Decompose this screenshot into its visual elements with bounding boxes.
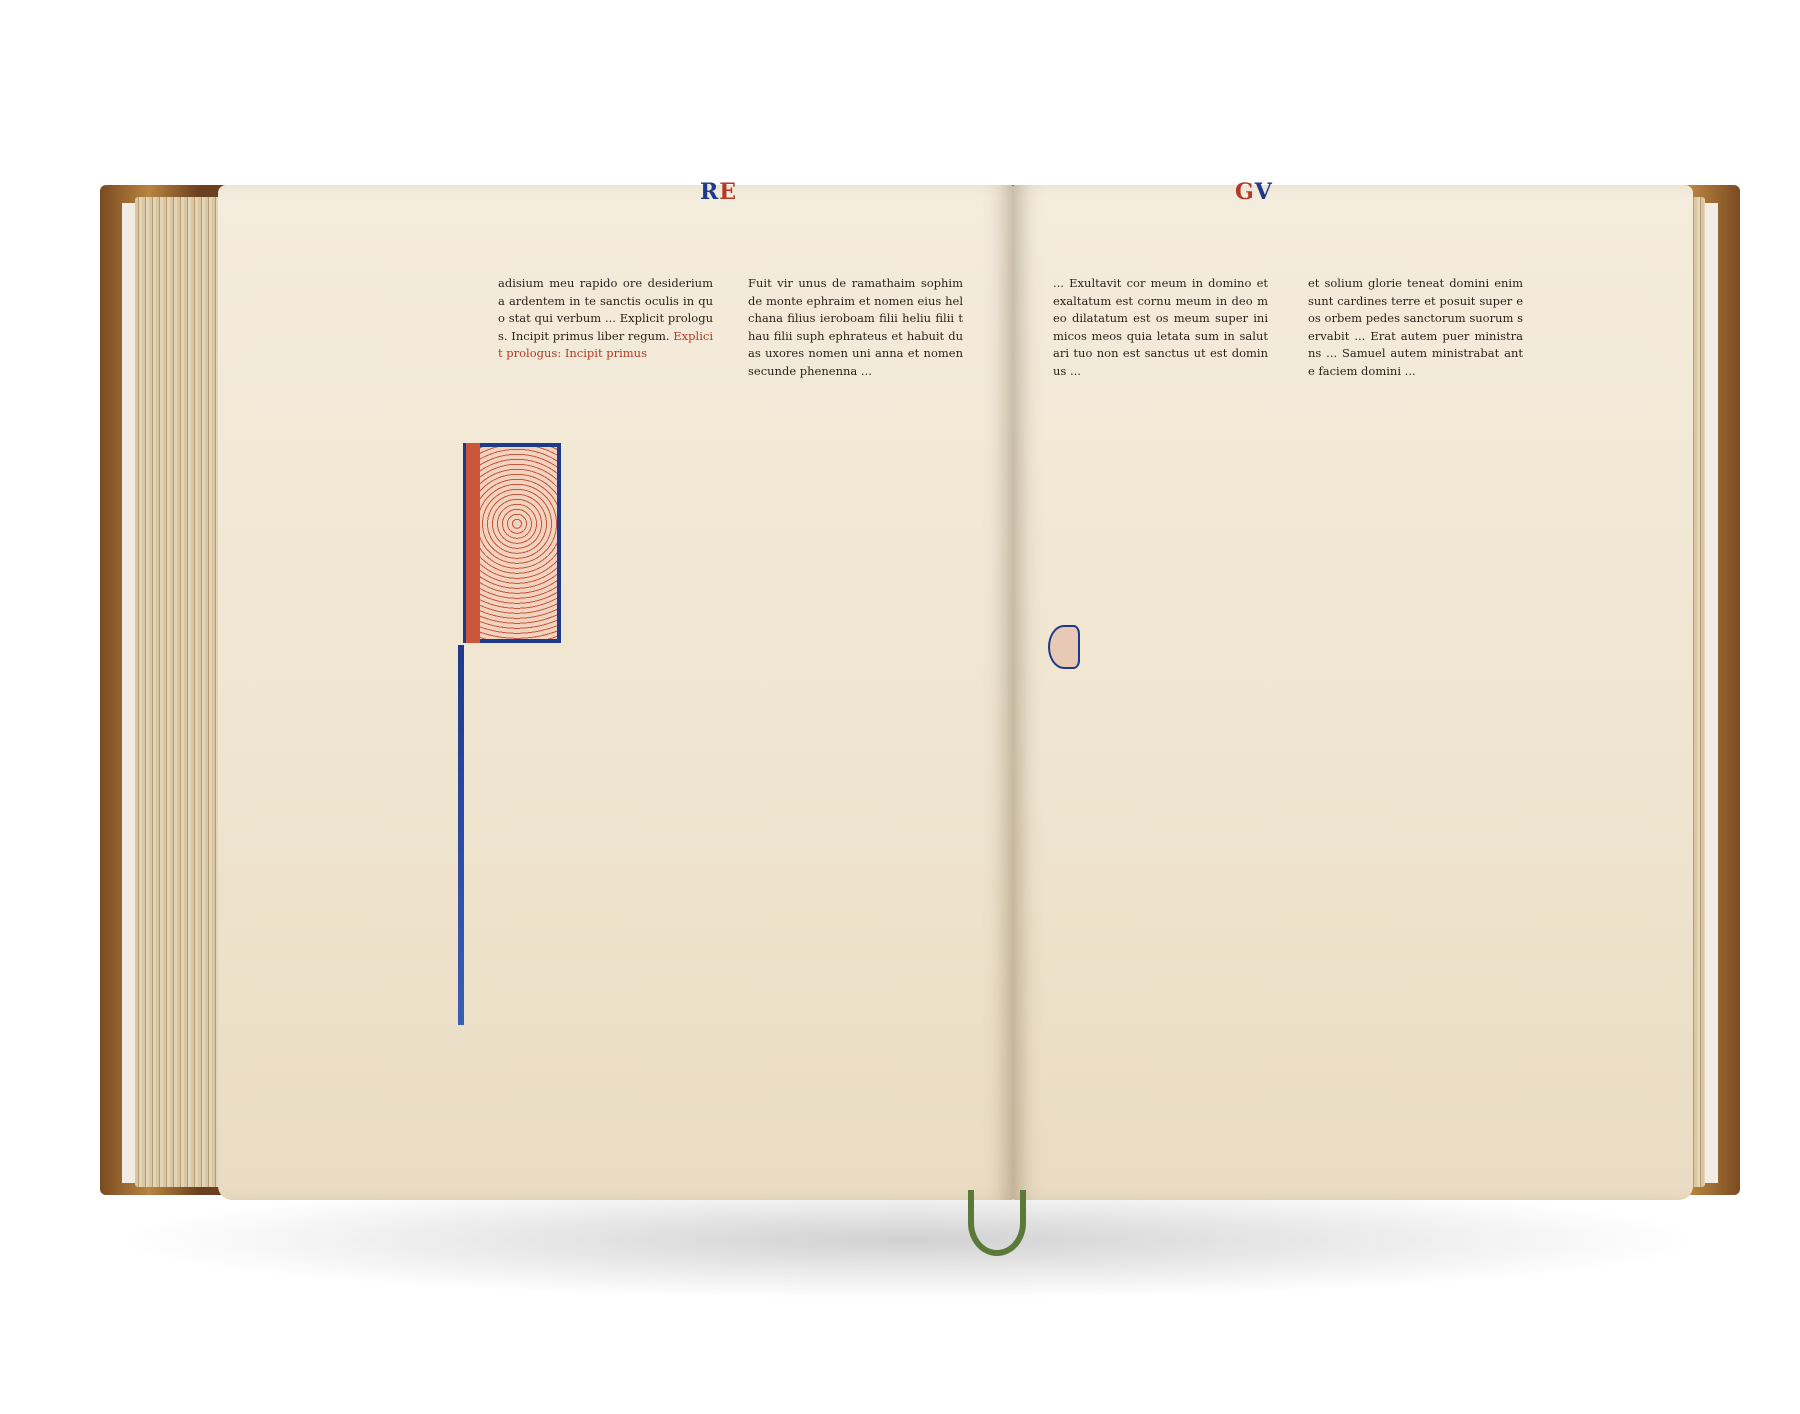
- illuminated-initial-f: [473, 443, 561, 643]
- open-manuscript: RE adisium meu rapido ore desiderium a a…: [100, 185, 1740, 1195]
- right-page: GV ... Exultavit cor meum in domino et e…: [1013, 185, 1693, 1200]
- running-header-left: RE: [700, 179, 737, 205]
- illuminated-initial-e: [1048, 625, 1080, 669]
- text-column-3: ... Exultavit cor meum in domino et exal…: [1053, 275, 1268, 380]
- text-column-4: et solium glorie teneat domini enim sunt…: [1308, 275, 1523, 380]
- bookmark-ribbon: [968, 1190, 1026, 1256]
- text-column-2: Fuit vir unus de ramathaim sophim de mon…: [748, 275, 963, 380]
- left-page: RE adisium meu rapido ore desiderium a a…: [218, 185, 1013, 1200]
- initial-stem: [458, 645, 464, 1025]
- running-header-right: GV: [1235, 179, 1273, 205]
- text-column-1: adisium meu rapido ore desiderium a arde…: [498, 275, 713, 363]
